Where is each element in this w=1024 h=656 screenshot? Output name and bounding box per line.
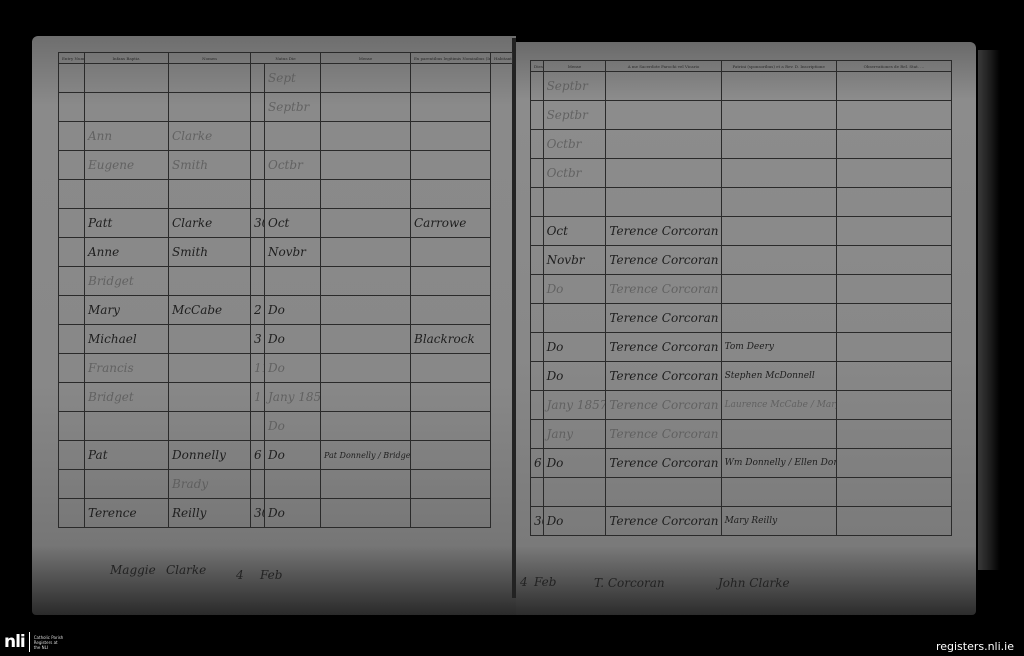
cell-given: Pat	[85, 441, 169, 470]
cell-day	[531, 188, 544, 217]
cell-day	[531, 101, 544, 130]
column-header: Ex parentibus legitimis Nominibus (Inscr…	[411, 53, 491, 64]
cell-parents	[321, 325, 411, 354]
cell-day	[531, 159, 544, 188]
cell-surname	[169, 383, 251, 412]
cell-month: Jany 1857	[265, 383, 321, 412]
cell-day	[531, 130, 544, 159]
cell-given: Michael	[85, 325, 169, 354]
cell-month	[543, 478, 606, 507]
cell-surname: Clarke	[169, 209, 251, 238]
left-overflow-day: 4	[236, 568, 244, 582]
cell-sponsors	[721, 72, 836, 101]
cell-month: Do	[543, 333, 606, 362]
cell-surname: Reilly	[169, 499, 251, 528]
table-row: DoTerence CorcoranTom Deery	[531, 333, 952, 362]
table-row: PattClarke30OctCarrowe	[59, 209, 513, 238]
cell-surname	[169, 64, 251, 93]
column-header: Mense	[543, 61, 606, 72]
cell-parents	[321, 296, 411, 325]
cell-notes	[836, 449, 951, 478]
cell-month: Do	[265, 412, 321, 441]
cell-entry	[59, 64, 85, 93]
cell-surname: McCabe	[169, 296, 251, 325]
cell-day: 30	[531, 507, 544, 536]
cell-month	[265, 470, 321, 499]
cell-parents	[321, 122, 411, 151]
cell-given	[85, 412, 169, 441]
cell-residence	[411, 296, 491, 325]
cell-notes	[836, 246, 951, 275]
table-row: MaryMcCabe2Do	[59, 296, 513, 325]
left-overflow-surname: Clarke	[166, 563, 206, 577]
cell-residence	[411, 470, 491, 499]
table-row: Do	[59, 412, 513, 441]
cell-entry	[59, 296, 85, 325]
cell-month: Do	[265, 441, 321, 470]
left-register-table: Entry NumberInfans Baptiz.NomenNatus Die…	[58, 52, 513, 528]
column-header: Mense	[321, 53, 411, 64]
column-header: Nomen	[169, 53, 251, 64]
cell-priest: Terence Corcoran	[606, 391, 721, 420]
cell-sponsors: Wm Donnelly / Ellen Donnelly	[721, 449, 836, 478]
cell-day	[531, 72, 544, 101]
cell-month: Novbr	[543, 246, 606, 275]
cell-month: Octbr	[543, 130, 606, 159]
cell-residence	[411, 267, 491, 296]
table-row	[531, 478, 952, 507]
cell-day: 6	[251, 441, 265, 470]
table-row: JanyTerence Corcoran	[531, 420, 952, 449]
cell-surname: Donnelly	[169, 441, 251, 470]
table-row	[59, 180, 513, 209]
column-header: Habitantibus in	[491, 53, 513, 64]
cell-day	[531, 275, 544, 304]
table-row: Septbr	[531, 101, 952, 130]
table-row: DoTerence Corcoran	[531, 275, 952, 304]
cell-priest: Terence Corcoran	[606, 217, 721, 246]
cell-day	[251, 93, 265, 122]
cell-residence	[411, 354, 491, 383]
cell-residence	[411, 412, 491, 441]
cell-day: 6	[531, 449, 544, 478]
logo-divider	[29, 632, 30, 652]
table-row: Francis11Do	[59, 354, 513, 383]
cell-month	[265, 122, 321, 151]
cell-month	[543, 304, 606, 333]
table-row: 6DoTerence CorcoranWm Donnelly / Ellen D…	[531, 449, 952, 478]
cell-day: 1	[251, 383, 265, 412]
cell-surname	[169, 325, 251, 354]
cell-month	[543, 188, 606, 217]
cell-sponsors: Mary Reilly	[721, 507, 836, 536]
cell-month: Do	[265, 296, 321, 325]
cell-given	[85, 180, 169, 209]
cell-day	[251, 267, 265, 296]
cell-parents	[321, 383, 411, 412]
table-row: Michael3DoBlackrock	[59, 325, 513, 354]
cell-given: Anne	[85, 238, 169, 267]
cell-month: Septbr	[543, 101, 606, 130]
cell-sponsors: Laurence McCabe / Mary McCabe	[721, 391, 836, 420]
left-overflow-month: Feb	[260, 568, 282, 582]
left-table-header: Entry NumberInfans Baptiz.NomenNatus Die…	[59, 53, 513, 64]
cell-priest	[606, 159, 721, 188]
table-row: TerenceReilly30Do	[59, 499, 513, 528]
cell-parents	[321, 412, 411, 441]
cell-month: Oct	[265, 209, 321, 238]
cell-month: Jany 1857	[543, 391, 606, 420]
cell-entry	[59, 238, 85, 267]
cell-parents	[321, 499, 411, 528]
register-book: Entry NumberInfans Baptiz.NomenNatus Die…	[28, 30, 998, 615]
cell-surname	[169, 354, 251, 383]
cell-given: Eugene	[85, 151, 169, 180]
column-header: Infans Baptiz.	[85, 53, 169, 64]
nli-logo[interactable]: nli Catholic Parish Registers at the NLI	[4, 632, 64, 652]
cell-given	[85, 64, 169, 93]
cell-sponsors	[721, 275, 836, 304]
cell-priest: Terence Corcoran	[606, 333, 721, 362]
cell-day	[251, 122, 265, 151]
cell-notes	[836, 188, 951, 217]
cell-priest	[606, 478, 721, 507]
cell-residence	[411, 151, 491, 180]
cell-day	[251, 64, 265, 93]
right-overflow-priest: T. Corcoran	[594, 576, 665, 590]
cell-given: Bridget	[85, 383, 169, 412]
cell-surname	[169, 412, 251, 441]
cell-parents	[321, 470, 411, 499]
cell-notes	[836, 362, 951, 391]
cell-day: 2	[251, 296, 265, 325]
right-overflow-month: Feb	[534, 575, 556, 589]
cell-sponsors	[721, 217, 836, 246]
table-row: 30DoTerence CorcoranMary Reilly	[531, 507, 952, 536]
nli-logo-text: Catholic Parish Registers at the NLI	[34, 635, 64, 650]
cell-entry	[59, 93, 85, 122]
cell-priest: Terence Corcoran	[606, 449, 721, 478]
cell-month: Do	[543, 362, 606, 391]
cell-surname	[169, 267, 251, 296]
cell-month: Do	[543, 449, 606, 478]
cell-sponsors	[721, 304, 836, 333]
cell-day: 30	[251, 209, 265, 238]
cell-entry	[59, 151, 85, 180]
cell-residence: Blackrock	[411, 325, 491, 354]
cell-sponsors	[721, 420, 836, 449]
table-row: EugeneSmithOctbr	[59, 151, 513, 180]
table-row	[531, 188, 952, 217]
cell-day: 30	[251, 499, 265, 528]
right-overflow-sponsors: John Clarke	[718, 576, 790, 590]
cell-sponsors	[721, 101, 836, 130]
cell-priest: Terence Corcoran	[606, 362, 721, 391]
cell-month: Octbr	[265, 151, 321, 180]
cell-day	[251, 180, 265, 209]
cell-notes	[836, 217, 951, 246]
cell-sponsors	[721, 246, 836, 275]
site-url-link[interactable]: registers.nli.ie	[936, 640, 1014, 653]
cell-notes	[836, 420, 951, 449]
cell-priest: Terence Corcoran	[606, 507, 721, 536]
cell-notes	[836, 101, 951, 130]
cell-day: 3	[251, 325, 265, 354]
column-header: Observationes de Rel. Stat. ...	[836, 61, 951, 72]
cell-month: Do	[265, 354, 321, 383]
table-row: Octbr	[531, 159, 952, 188]
table-row: Octbr	[531, 130, 952, 159]
table-row: Bridget	[59, 267, 513, 296]
cell-entry	[59, 122, 85, 151]
cell-given: Francis	[85, 354, 169, 383]
cell-day: 11	[251, 354, 265, 383]
cell-residence	[411, 441, 491, 470]
cell-notes	[836, 72, 951, 101]
cell-parents	[321, 238, 411, 267]
table-row: Brady	[59, 470, 513, 499]
cell-parents	[321, 151, 411, 180]
cell-notes	[836, 391, 951, 420]
table-row: Septbr	[59, 93, 513, 122]
table-row: OctTerence Corcoran	[531, 217, 952, 246]
table-row: AnneSmithNovbr	[59, 238, 513, 267]
cell-day	[531, 420, 544, 449]
table-row: Jany 1857Terence CorcoranLaurence McCabe…	[531, 391, 952, 420]
cell-given: Bridget	[85, 267, 169, 296]
cell-parents	[321, 64, 411, 93]
table-row: Bridget1Jany 1857	[59, 383, 513, 412]
cell-notes	[836, 507, 951, 536]
cell-given: Ann	[85, 122, 169, 151]
cell-residence	[411, 93, 491, 122]
cell-given	[85, 93, 169, 122]
cell-parents	[321, 180, 411, 209]
cell-sponsors: Tom Deery	[721, 333, 836, 362]
cell-month: Oct	[543, 217, 606, 246]
table-row: NovbrTerence Corcoran	[531, 246, 952, 275]
cell-entry	[59, 499, 85, 528]
cell-entry	[59, 354, 85, 383]
column-header: Patrini (sponsoribus) et a Rev. D. Inscr…	[721, 61, 836, 72]
cell-notes	[836, 275, 951, 304]
table-row: Sept	[59, 64, 513, 93]
cell-parents	[321, 267, 411, 296]
cell-month: Octbr	[543, 159, 606, 188]
cell-month: Do	[543, 507, 606, 536]
table-row: Terence Corcoran	[531, 304, 952, 333]
table-row: PatDonnelly6DoPat Donnelly / Bridget Bra…	[59, 441, 513, 470]
cell-month	[265, 267, 321, 296]
cell-month: Sept	[265, 64, 321, 93]
cell-parents	[321, 209, 411, 238]
right-register-table: Dies Sub. BaptizatusMenseA me Sacerdote …	[530, 60, 952, 536]
cell-day	[531, 217, 544, 246]
page-edges	[978, 50, 1000, 570]
cell-residence	[411, 383, 491, 412]
cell-residence	[411, 122, 491, 151]
cell-day	[251, 412, 265, 441]
cell-priest	[606, 130, 721, 159]
cell-entry	[59, 470, 85, 499]
cell-entry	[59, 209, 85, 238]
cell-parents	[321, 93, 411, 122]
column-header: A me Sacerdote Parochi vel Vicario	[606, 61, 721, 72]
cell-parents	[321, 354, 411, 383]
cell-entry	[59, 267, 85, 296]
nli-logo-mark: nli	[4, 632, 25, 652]
cell-month: Do	[265, 499, 321, 528]
cell-month: Jany	[543, 420, 606, 449]
cell-notes	[836, 159, 951, 188]
cell-day	[531, 333, 544, 362]
cell-residence	[411, 238, 491, 267]
cell-day	[251, 470, 265, 499]
cell-sponsors	[721, 159, 836, 188]
cell-entry	[59, 441, 85, 470]
cell-residence	[411, 180, 491, 209]
left-overflow-given: Maggie	[110, 563, 156, 577]
right-table-header: Dies Sub. BaptizatusMenseA me Sacerdote …	[531, 61, 952, 72]
cell-given: Mary	[85, 296, 169, 325]
cell-priest: Terence Corcoran	[606, 246, 721, 275]
cell-priest	[606, 101, 721, 130]
cell-surname: Smith	[169, 151, 251, 180]
cell-surname	[169, 93, 251, 122]
cell-month: Septbr	[543, 72, 606, 101]
cell-notes	[836, 304, 951, 333]
cell-surname: Clarke	[169, 122, 251, 151]
cell-given: Patt	[85, 209, 169, 238]
cell-notes	[836, 333, 951, 362]
cell-entry	[59, 383, 85, 412]
cell-day	[531, 246, 544, 275]
cell-residence	[411, 499, 491, 528]
cell-notes	[836, 130, 951, 159]
cell-priest	[606, 72, 721, 101]
cell-day	[531, 478, 544, 507]
cell-surname: Brady	[169, 470, 251, 499]
cell-surname	[169, 180, 251, 209]
cell-entry	[59, 412, 85, 441]
table-row: DoTerence CorcoranStephen McDonnell	[531, 362, 952, 391]
cell-surname: Smith	[169, 238, 251, 267]
cell-month: Novbr	[265, 238, 321, 267]
cell-month: Do	[265, 325, 321, 354]
cell-day	[531, 391, 544, 420]
cell-residence: Carrowe	[411, 209, 491, 238]
right-overflow-day: 4	[520, 575, 528, 589]
cell-sponsors: Stephen McDonnell	[721, 362, 836, 391]
cell-entry	[59, 180, 85, 209]
cell-notes	[836, 478, 951, 507]
column-header: Dies Sub. Baptizatus	[531, 61, 544, 72]
cell-day	[251, 238, 265, 267]
cell-sponsors	[721, 188, 836, 217]
cell-month: Do	[543, 275, 606, 304]
cell-day	[531, 304, 544, 333]
cell-entry	[59, 325, 85, 354]
cell-day	[251, 151, 265, 180]
table-row: AnnClarke	[59, 122, 513, 151]
cell-priest: Terence Corcoran	[606, 304, 721, 333]
cell-month	[265, 180, 321, 209]
cell-given: Terence	[85, 499, 169, 528]
cell-priest	[606, 188, 721, 217]
cell-day	[531, 362, 544, 391]
column-header: Natus Die	[251, 53, 321, 64]
cell-sponsors	[721, 478, 836, 507]
cell-parents: Pat Donnelly / Bridget Brady	[321, 441, 411, 470]
cell-priest: Terence Corcoran	[606, 275, 721, 304]
cell-month: Septbr	[265, 93, 321, 122]
cell-priest: Terence Corcoran	[606, 420, 721, 449]
cell-residence	[411, 64, 491, 93]
column-header: Entry Number	[59, 53, 85, 64]
cell-sponsors	[721, 130, 836, 159]
cell-given	[85, 470, 169, 499]
table-row: Septbr	[531, 72, 952, 101]
